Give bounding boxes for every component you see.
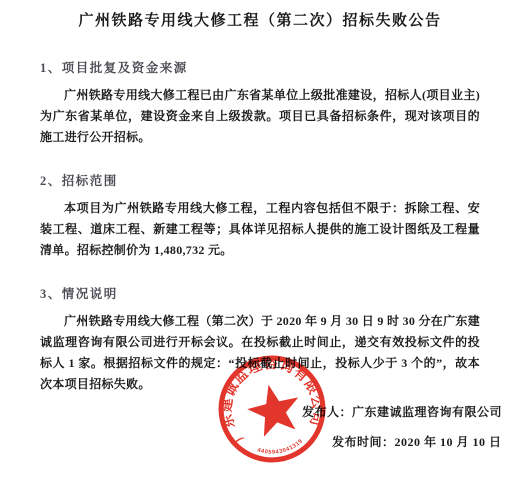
- publish-date-line: 发布时间：2020 年 10 月 10 日: [332, 433, 502, 450]
- publish-date-label: 发布时间：: [332, 435, 395, 449]
- page-title: 广州铁路专用线大修工程（第二次）招标失败公告: [40, 9, 480, 30]
- section-project-approval: 1、项目批复及资金来源 广州铁路专用线大修工程已由广东省某单位上级批准建设，招标…: [40, 58, 480, 148]
- publish-date-value: 2020 年 10 月 10 日: [395, 435, 502, 449]
- section-2-heading: 2、招标范围: [40, 171, 480, 189]
- section-3-paragraph: 广州铁路专用线大修工程（第二次）于 2020 年 9 月 30 日 9 时 30…: [40, 311, 480, 395]
- section-1-heading: 1、项目批复及资金来源: [40, 58, 480, 76]
- section-1-paragraph: 广州铁路专用线大修工程已由广东省某单位上级批准建设，招标人(项目业主)为广东省某…: [40, 85, 480, 148]
- section-2-paragraph: 本项目为广州铁路专用线大修工程，工程内容包括但不限于：拆除工程、安装工程、道床工…: [40, 198, 480, 261]
- seal-serial-text: 4405943041319: [255, 437, 306, 460]
- section-situation-statement: 3、情况说明 广州铁路专用线大修工程（第二次）于 2020 年 9 月 30 日…: [40, 284, 480, 395]
- publisher-value: 广东建诚监理咨询有限公司: [352, 405, 502, 419]
- publisher-line: 发布人：广东建诚监理咨询有限公司: [302, 403, 502, 420]
- section-tender-scope: 2、招标范围 本项目为广州铁路专用线大修工程，工程内容包括但不限于：拆除工程、安…: [40, 171, 480, 261]
- announcement-page: 广州铁路专用线大修工程（第二次）招标失败公告 1、项目批复及资金来源 广州铁路专…: [0, 0, 518, 478]
- svg-text:4405943041319: 4405943041319: [255, 437, 306, 460]
- section-3-heading: 3、情况说明: [40, 284, 480, 302]
- publisher-label: 发布人：: [302, 405, 352, 419]
